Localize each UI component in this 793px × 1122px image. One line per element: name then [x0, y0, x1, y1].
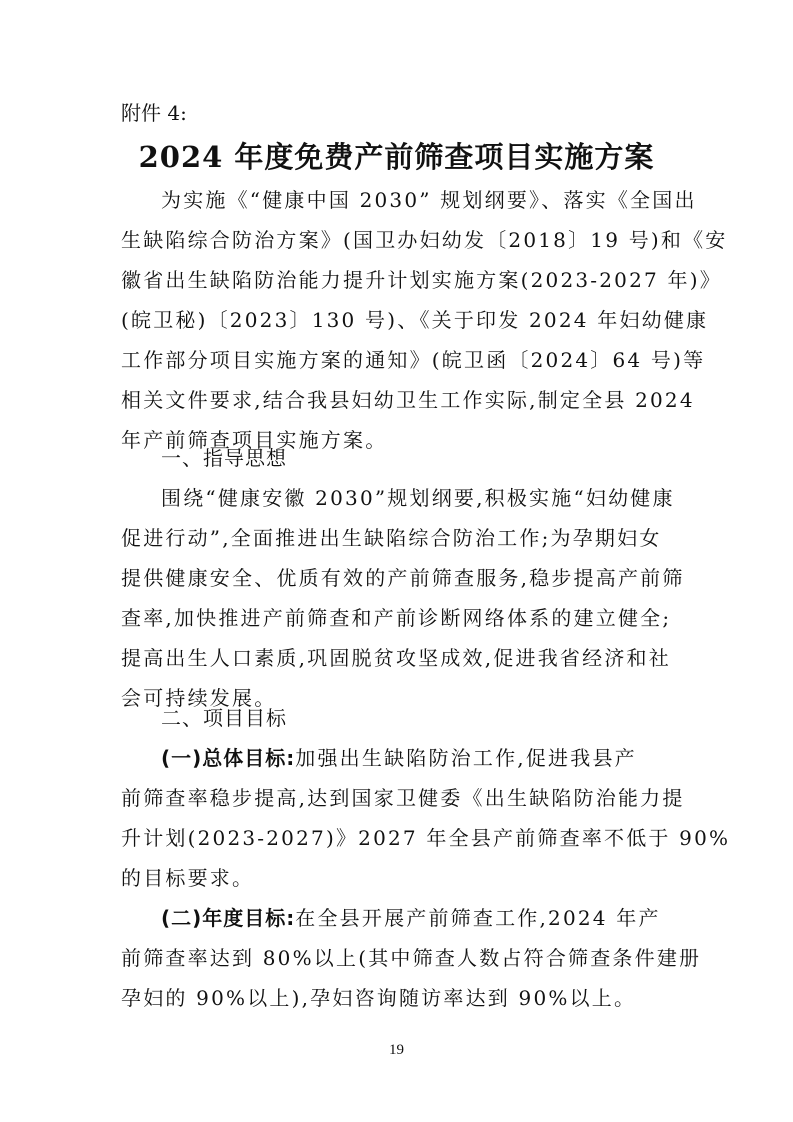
section1-line: 促进行动”,全面推进出生缺陷综合防治工作;为孕期妇女: [121, 526, 676, 550]
goal1-text: 加强出生缺陷防治工作,促进我县产: [295, 746, 637, 770]
section1-line: 提供健康安全、优质有效的产前筛查服务,稳步提高产前筛: [121, 566, 676, 590]
page-number: 19: [0, 1042, 793, 1059]
section-heading-project-goals: 二、项目目标: [161, 706, 676, 730]
goal1-line: 前筛查率稳步提高,达到国家卫健委《出生缺陷防治能力提: [121, 786, 676, 810]
goal1-line: 升计划(2023-2027)》2027 年全县产前筛查率不低于 90%: [121, 826, 676, 850]
section1-line: 查率,加快推进产前筛查和产前诊断网络体系的建立健全;: [121, 606, 676, 630]
goal1-line: 的目标要求。: [121, 866, 676, 890]
attachment-label: 附件 4:: [121, 101, 187, 125]
document-title: 2024 年度免费产前筛查项目实施方案: [0, 140, 793, 174]
goal2-text: 在全县开展产前筛查工作,2024 年产: [295, 906, 660, 930]
goal1-label: (一)总体目标:: [161, 746, 295, 770]
goal2-line: 前筛查率达到 80%以上(其中筛查人数占符合筛查条件建册: [121, 946, 676, 970]
intro-line: (皖卫秘)〔2023〕130 号)、《关于印发 2024 年妇幼健康: [121, 308, 676, 332]
intro-line: 为实施《“健康中国 2030” 规划纲要》、落实《全国出: [161, 188, 676, 212]
section1-line: 提高出生人口素质,巩固脱贫攻坚成效,促进我省经济和社: [121, 646, 676, 670]
document-page: 附件 4: 2024 年度免费产前筛查项目实施方案 为实施《“健康中国 2030…: [0, 0, 793, 1122]
goal1-first-line: (一)总体目标:加强出生缺陷防治工作,促进我县产: [161, 746, 676, 770]
goal2-first-line: (二)年度目标:在全县开展产前筛查工作,2024 年产: [161, 906, 676, 930]
intro-line: 生缺陷综合防治方案》(国卫办妇幼发〔2018〕19 号)和《安: [121, 228, 676, 252]
goal2-label: (二)年度目标:: [161, 906, 295, 930]
section1-line: 围绕“健康安徽 2030”规划纲要,积极实施“妇幼健康: [161, 486, 676, 510]
intro-line: 徽省出生缺陷防治能力提升计划实施方案(2023-2027 年)》: [121, 268, 676, 292]
section-heading-guiding-ideology: 一、指导思想: [161, 446, 676, 470]
goal2-line: 孕妇的 90%以上),孕妇咨询随访率达到 90%以上。: [121, 986, 676, 1010]
intro-line: 相关文件要求,结合我县妇幼卫生工作实际,制定全县 2024: [121, 388, 676, 412]
intro-line: 工作部分项目实施方案的通知》(皖卫函〔2024〕64 号)等: [121, 348, 676, 372]
